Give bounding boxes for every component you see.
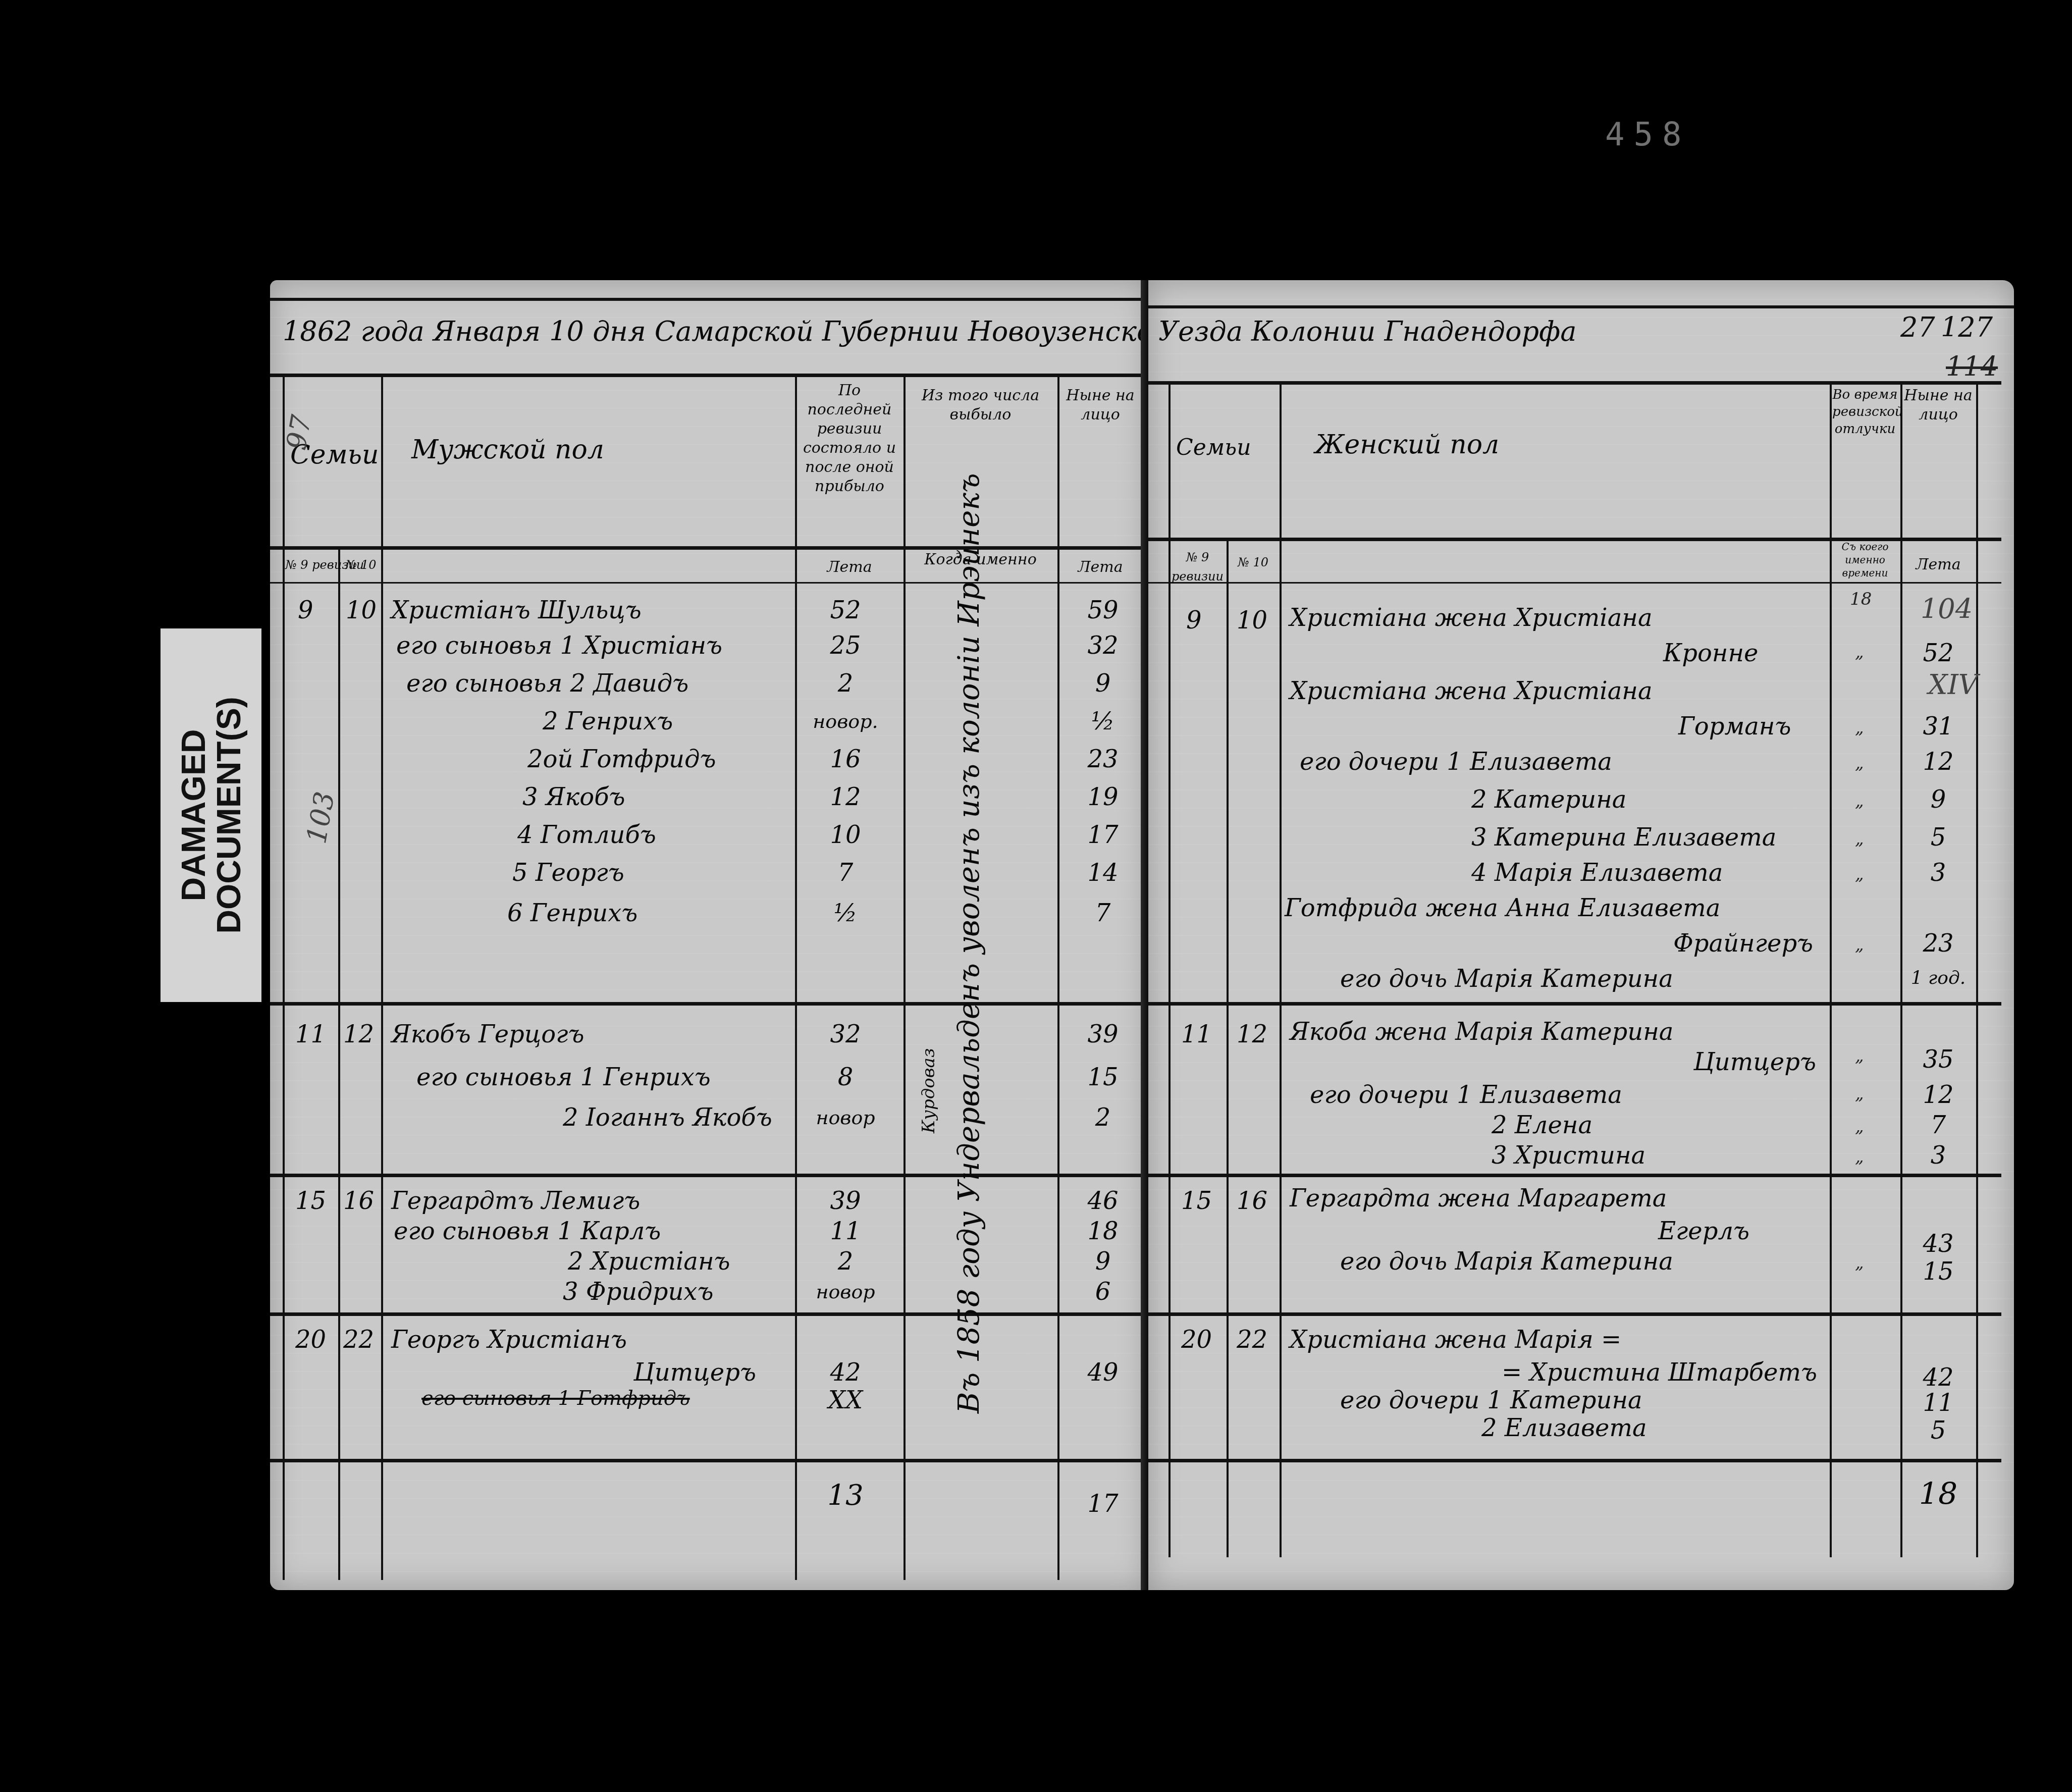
damaged-document-label: DAMAGED DOCUMENT(S) xyxy=(161,628,261,1002)
age-now: 3 xyxy=(1913,861,1963,885)
rev10-number: 16 xyxy=(1237,1189,1267,1213)
absence-value: „ xyxy=(1855,830,1864,848)
family-rule-2 xyxy=(1148,1174,2001,1177)
age-now: 19 xyxy=(1078,785,1128,809)
departure-note: Въ 1858 году Ундервальденъ уволенъ изъ к… xyxy=(951,473,986,1413)
subheader-rev9: № 9 ревизии xyxy=(285,555,336,574)
member-name: 2 Христіанъ xyxy=(568,1249,730,1274)
damaged-label-text: DAMAGED DOCUMENT(S) xyxy=(176,697,246,933)
age-rev: 8 xyxy=(820,1065,871,1089)
col-rule xyxy=(1976,381,1978,1557)
member-name: его дочери 1 Катерина xyxy=(1340,1388,1642,1412)
subheader-rev10: № 10 xyxy=(341,555,381,574)
family-rule-2 xyxy=(270,1174,1148,1177)
frame-number: 458 xyxy=(1605,116,1691,153)
age-now: 15 xyxy=(1913,1259,1963,1284)
age-now: 9 xyxy=(1078,1249,1128,1274)
header-top-rule xyxy=(1148,381,2001,385)
subheader-age-now: Лета xyxy=(1903,555,1974,574)
age-rev: 2 xyxy=(820,671,871,696)
member-name-struck: его сыновья 1 Готфридъ xyxy=(421,1388,690,1408)
col-rule xyxy=(1830,381,1832,1557)
totals-rule xyxy=(270,1459,1148,1462)
age-rev: новор. xyxy=(810,712,881,731)
age-now: 5 xyxy=(1913,1418,1963,1443)
age-now: 46 xyxy=(1078,1189,1128,1213)
absence-value: „ xyxy=(1855,1047,1864,1065)
rev10-number: 12 xyxy=(343,1022,374,1046)
age-now: 11 xyxy=(1913,1391,1963,1415)
rev9-number: 11 xyxy=(1181,1022,1212,1046)
age-now: 52 xyxy=(1913,641,1963,665)
age-now: 12 xyxy=(1913,750,1963,774)
rev10-number: 12 xyxy=(1237,1022,1267,1046)
age-now: 2 xyxy=(1078,1105,1128,1130)
age-now: 6 xyxy=(1078,1280,1128,1304)
total-age-now: 18 xyxy=(1913,1479,1963,1509)
pencil-note: 104 xyxy=(1921,593,1973,625)
age-now: 3 xyxy=(1913,1143,1963,1168)
rev9-number: 20 xyxy=(295,1328,326,1352)
age-rev: новор xyxy=(810,1108,881,1127)
member-name: его сыновья 1 Карлъ xyxy=(394,1219,661,1243)
member-name: Якоба жена Марія Катерина xyxy=(1290,1020,1673,1044)
title-rule xyxy=(1148,305,2014,308)
total-age-now: 17 xyxy=(1078,1492,1128,1516)
rev10-number: 22 xyxy=(343,1328,374,1352)
age-rev: 12 xyxy=(820,785,871,809)
absence-value: „ xyxy=(1855,1118,1864,1135)
family-rule-3 xyxy=(270,1312,1148,1316)
age-rev: 16 xyxy=(820,747,871,771)
rev10-number: 10 xyxy=(346,598,377,622)
age-rev: 7 xyxy=(820,861,871,885)
member-name: 2 Катерина xyxy=(1471,787,1626,812)
age-rev: 11 xyxy=(820,1219,871,1243)
col-rule xyxy=(1900,381,1902,1557)
member-name: Гергардта жена Маргарета xyxy=(1290,1186,1667,1210)
member-name: Цитцеръ xyxy=(633,1360,756,1385)
age-now: 35 xyxy=(1913,1047,1963,1072)
col-rule xyxy=(1057,374,1059,1580)
col-rule xyxy=(338,546,340,1580)
member-name: Цитцеръ xyxy=(1693,1050,1816,1074)
member-name: 2 Елена xyxy=(1492,1113,1592,1137)
member-name: 2ой Готфридъ xyxy=(527,747,716,771)
subheader-rev9: № 9 ревизии xyxy=(1171,548,1224,586)
title-right: Уезда Колонии Гнадендорфа xyxy=(1158,315,1577,347)
member-name: его дочь Марія Катерина xyxy=(1340,967,1673,991)
member-name: Фрайнгеръ xyxy=(1673,931,1813,956)
member-name: = Христина Штарбетъ xyxy=(1502,1360,1817,1385)
departure-note-small: Курдоваз xyxy=(919,1048,939,1133)
age-now: ½ xyxy=(1078,709,1128,733)
pencil-note: XIV xyxy=(1928,669,1978,701)
member-name: его сыновья 2 Давидъ xyxy=(406,671,688,696)
total-age-rev: 13 xyxy=(820,1482,871,1510)
member-name: 4 Марія Елизавета xyxy=(1471,861,1723,885)
header-by-last-revision: По последней ревизии состояло и после он… xyxy=(799,381,900,496)
member-name: Гергардтъ Лемигъ xyxy=(391,1189,640,1213)
subheader-rev10: № 10 xyxy=(1229,553,1277,572)
header-female: Женский пол xyxy=(1315,432,1499,458)
family-rule-1 xyxy=(1148,1002,2001,1006)
header-top-rule xyxy=(270,374,1148,377)
header-male: Мужской пол xyxy=(411,437,604,463)
col-rule xyxy=(904,374,906,1580)
right-page: Уезда Колонии Гнадендорфа 27 127 114 Сем… xyxy=(1148,280,2014,1590)
header-during-absence: Во время ревизской отлучки xyxy=(1832,386,1898,438)
col-rule xyxy=(1168,381,1171,1557)
subheader-age: Лета xyxy=(799,558,900,577)
age-rev: 25 xyxy=(820,634,871,658)
member-name: Христіанъ Шульцъ xyxy=(391,598,642,622)
rev9-number: 9 xyxy=(298,598,313,622)
member-name: 5 Георгъ xyxy=(512,861,624,885)
pencil-note: 97 xyxy=(280,412,317,452)
rev9-number: 15 xyxy=(1181,1189,1212,1213)
age-now: 59 xyxy=(1078,598,1128,622)
age-now: 23 xyxy=(1913,931,1963,956)
member-name: Христіана жена Христіана xyxy=(1290,606,1653,630)
age-now: 9 xyxy=(1078,671,1128,696)
subheader-age-now: Лета xyxy=(1060,558,1141,577)
header-why-left: Из того числа выбыло xyxy=(909,386,1052,425)
age-now: 7 xyxy=(1913,1113,1963,1137)
absence-value: „ xyxy=(1855,793,1864,810)
age-rev: 52 xyxy=(820,598,871,622)
col-rule xyxy=(795,374,797,1580)
age-now: 14 xyxy=(1078,861,1128,885)
member-name: Якобъ Герцогъ xyxy=(391,1022,584,1046)
member-name: 3 Фридрихъ xyxy=(563,1280,713,1304)
member-name: 2 Генрихъ xyxy=(543,709,673,733)
age-rev: 2 xyxy=(820,1249,871,1274)
subheader-rule xyxy=(1148,582,2001,584)
col-rule xyxy=(1227,538,1229,1557)
age-now: 7 xyxy=(1078,901,1128,925)
member-name: Готфрида жена Анна Елизавета xyxy=(1285,896,1720,920)
age-now: 5 xyxy=(1913,825,1963,850)
member-name: 2 Іоганнъ Якобъ xyxy=(563,1105,772,1130)
age-now: 42 xyxy=(1913,1365,1963,1390)
age-now: 12 xyxy=(1913,1083,1963,1107)
member-name: 2 Елизавета xyxy=(1481,1416,1647,1440)
member-name: Горманъ xyxy=(1678,714,1791,739)
header-families: Семьи xyxy=(1176,437,1251,459)
member-name: его дочь Марія Катерина xyxy=(1340,1249,1673,1274)
col-rule xyxy=(1280,381,1282,1557)
absence-value: „ xyxy=(1855,755,1864,772)
member-name: его сыновья 1 Генрихъ xyxy=(416,1065,711,1089)
age-rev: ½ xyxy=(820,901,871,925)
age-rev: 10 xyxy=(820,823,871,847)
member-name: его сыновья 1 Христіанъ xyxy=(396,634,722,658)
pencil-note: 103 xyxy=(300,789,341,846)
member-name: 4 Готлибъ xyxy=(517,823,656,847)
member-name: его дочери 1 Елизавета xyxy=(1300,750,1612,774)
age-now: 17 xyxy=(1078,823,1128,847)
ledger-book: 1862 года Января 10 дня Самарской Губерн… xyxy=(270,280,2014,1590)
member-name: 3 Якобъ xyxy=(522,785,625,809)
absence-value: „ xyxy=(1855,644,1864,661)
member-name: Георгъ Христіанъ xyxy=(391,1328,627,1352)
member-name: его дочери 1 Елизавета xyxy=(1310,1083,1622,1107)
member-name: Егерлъ xyxy=(1658,1219,1749,1243)
member-name: 3 Катерина Елизавета xyxy=(1471,825,1776,850)
rev10-number: 10 xyxy=(1237,608,1267,633)
header-bottom-rule xyxy=(270,546,1148,550)
page-number-old: 27 xyxy=(1900,311,1935,343)
totals-rule xyxy=(1148,1459,2001,1462)
subheader-rule xyxy=(270,582,1148,584)
member-name: 6 Генрихъ xyxy=(507,901,637,925)
absence-value: „ xyxy=(1855,1148,1864,1166)
family-rule-3 xyxy=(1148,1312,2001,1316)
member-name: Христіана жена Марія = xyxy=(1290,1328,1621,1352)
age-now: 15 xyxy=(1078,1065,1128,1089)
absence-value: „ xyxy=(1855,719,1864,736)
age-now: 39 xyxy=(1078,1022,1128,1046)
member-name: 3 Христина xyxy=(1492,1143,1645,1168)
folio-number-struck: 114 xyxy=(1946,351,1998,383)
absence-value: „ xyxy=(1855,936,1864,954)
age-now: 9 xyxy=(1913,787,1963,812)
age-now: 31 xyxy=(1913,714,1963,739)
age-now: 23 xyxy=(1078,747,1128,771)
title-rule xyxy=(270,298,1148,301)
age-now: 43 xyxy=(1913,1232,1963,1256)
age-now: 49 xyxy=(1078,1360,1128,1385)
page-number: 127 xyxy=(1941,311,1993,343)
rev10-number: 22 xyxy=(1237,1328,1267,1352)
absence-value: 18 xyxy=(1850,591,1872,608)
rev9-number: 9 xyxy=(1186,608,1202,633)
subheader-absence: Съ коего именно времени xyxy=(1832,540,1898,579)
age-now: 32 xyxy=(1078,634,1128,658)
family-rule-1 xyxy=(270,1002,1148,1006)
age-rev: 39 xyxy=(820,1189,871,1213)
title-left: 1862 года Января 10 дня Самарской Губерн… xyxy=(283,315,1183,347)
absence-value: „ xyxy=(1855,1254,1864,1272)
rev9-number: 20 xyxy=(1181,1328,1212,1352)
member-name: Кронне xyxy=(1663,641,1758,665)
rev9-number: 11 xyxy=(295,1022,326,1046)
header-now-present: Ныне на лицо xyxy=(1060,386,1141,425)
rev10-number: 16 xyxy=(343,1189,374,1213)
age-rev: 42 xyxy=(820,1360,871,1385)
rev9-number: 15 xyxy=(295,1189,326,1213)
age-rev: новор xyxy=(810,1282,881,1301)
absence-value: „ xyxy=(1855,1085,1864,1102)
member-name: Христіана жена Христіана xyxy=(1290,679,1653,703)
age-now: 1 год. xyxy=(1905,969,1971,987)
col-rule xyxy=(283,374,285,1580)
col-rule xyxy=(381,374,383,1580)
age-rev: 32 xyxy=(820,1022,871,1046)
age-rev-struck: XX xyxy=(820,1388,871,1412)
header-now-present: Ныне на лицо xyxy=(1903,386,1974,425)
absence-value: „ xyxy=(1855,866,1864,883)
left-page: 1862 года Января 10 дня Самарской Губерн… xyxy=(270,280,1148,1590)
age-now: 18 xyxy=(1078,1219,1128,1243)
